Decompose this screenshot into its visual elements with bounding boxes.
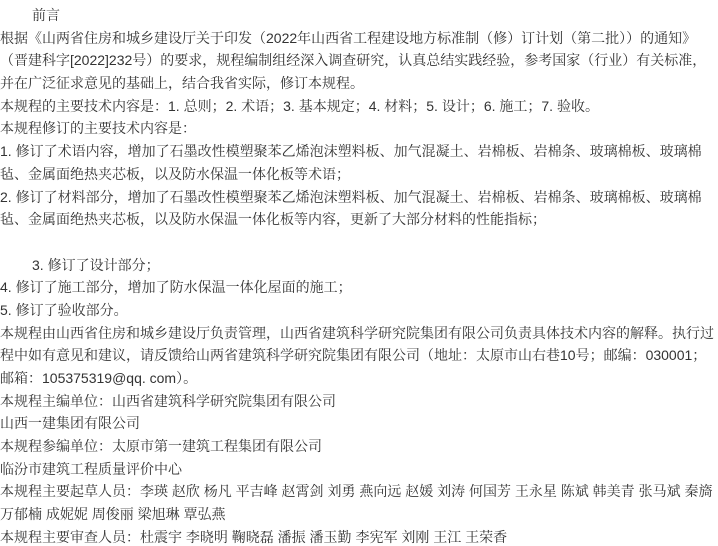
revision-item-1-line-1: 1. 修订了术语内容，增加了石墨改性模塑聚苯乙烯泡沫塑料板、加气混凝土、岩棉板、… — [0, 140, 712, 163]
participating-unit: 本规程参编单位：太原市第一建筑工程集团有限公司 — [0, 435, 712, 458]
paragraph-revision-intro: 本规程修订的主要技术内容是： — [0, 117, 712, 140]
paragraph-management-line-1: 本规程由山西省住房和城乡建设厅负责管理，山西省建筑科学研究院集团有限公司负责具体… — [0, 322, 712, 345]
revision-item-2-line-1: 2. 修订了材料部分，增加了石墨改性模塑聚苯乙烯泡沫塑料板、加气混凝土、岩棉板、… — [0, 186, 712, 209]
reviewers-line: 本规程主要审查人员：杜震宇 李晓明 鞠晓磊 潘振 潘玉勤 李宪军 刘刚 王江 王… — [0, 526, 712, 546]
drafters-line-2: 万郁楠 成妮妮 周俊丽 梁旭琳 覃弘燕 — [0, 503, 712, 526]
paragraph-management-line-3: 邮箱：105375319@qq. com）。 — [0, 367, 712, 390]
paragraph-basis-line-2: （晋建科字[2022]232号）的要求，规程编制组经深入调查研究，认真总结实践经… — [0, 49, 712, 72]
chief-editor-unit: 本规程主编单位：山西省建筑科学研究院集团有限公司 — [0, 390, 712, 413]
paragraph-basis-line-3: 并在广泛征求意见的基础上，结合我省实际，修订本规程。 — [0, 72, 712, 95]
revision-item-3: 3. 修订了设计部分； — [0, 254, 712, 277]
paragraph-main-contents: 本规程的主要技术内容是：1. 总则；2. 术语；3. 基本规定；4. 材料；5.… — [0, 95, 712, 118]
revision-item-4: 4. 修订了施工部分，增加了防水保温一体化屋面的施工； — [0, 276, 712, 299]
document-page: 前言 根据《山两省住房和城乡建设厅关于印发（2022年山西省工程建设地方标准制（… — [0, 0, 718, 546]
revision-item-1-line-2: 毡、金属面绝热夹芯板，以及防水保温一体化板等术语； — [0, 163, 712, 186]
paragraph-basis-line-1: 根据《山两省住房和城乡建设厅关于印发（2022年山西省工程建设地方标准制（修）订… — [0, 27, 712, 50]
paragraph-management-line-2: 程中如有意见和建议，请反馈给山两省建筑科学研究院集团有限公司（地址：太原市山右巷… — [0, 344, 712, 367]
drafters-line-1: 本规程主要起草人员：李瑛 赵欣 杨凡 平吉峰 赵霄剑 刘勇 燕向远 赵媛 刘涛 … — [0, 480, 712, 503]
chief-editor-unit-2: 山西一建集团有限公司 — [0, 412, 712, 435]
revision-item-2-line-2: 毡、金属面绝热夹芯板，以及防水保温一体化板等内容，更新了大部分材料的性能指标； — [0, 208, 712, 231]
participating-unit-2: 临汾市建筑工程质量评价中心 — [0, 458, 712, 481]
page-title: 前言 — [0, 4, 712, 27]
revision-item-5: 5. 修订了验收部分。 — [0, 299, 712, 322]
blank-line — [0, 231, 712, 254]
